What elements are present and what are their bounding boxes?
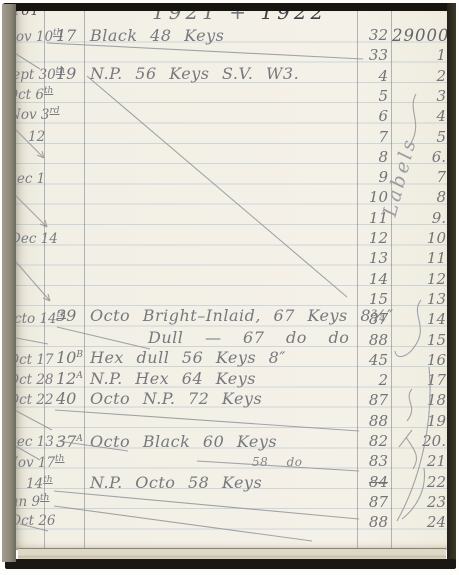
column-number: 9 [358, 168, 388, 186]
date-text: Oct 26 [10, 513, 56, 529]
column-number: 11 [392, 249, 446, 267]
column-number: 13 [392, 290, 446, 308]
date-ordinal: rd [49, 106, 59, 116]
entry-description: N.P. 56 Keys S.V. W3. [90, 64, 299, 83]
column-number: 24 [392, 513, 446, 531]
quantity-suffix: A [76, 434, 83, 444]
date-text: 14 [26, 476, 43, 492]
entry-description: Octo Bright–Inlaid, 67 Keys 8¾″ [90, 306, 393, 325]
column-number: 21 [392, 452, 446, 470]
date-ordinal: th [40, 493, 49, 503]
ledger-date: 14th [26, 475, 53, 492]
quantity-suffix: B [76, 350, 83, 360]
column-number: 88 [358, 331, 388, 349]
column-number: 33 [358, 46, 388, 64]
date-ordinal: th [55, 454, 64, 464]
column-number: 88 [358, 412, 388, 430]
column-number: 15 [358, 290, 388, 308]
column-number: 15 [392, 331, 446, 349]
column-number: 45 [358, 351, 388, 369]
column-number: 87 [358, 391, 388, 409]
column-number: 4 [358, 67, 388, 85]
photo-frame-bottom [5, 559, 456, 569]
column-number: 87 [358, 493, 388, 511]
quantity-suffix: A [76, 371, 83, 381]
photo-frame-right [447, 3, 456, 568]
entry-description: Octo Black 60 Keys [90, 432, 277, 451]
column-number: 16 [392, 351, 446, 369]
entry-quantity: 40 [56, 389, 76, 408]
ledger-date: 12 [28, 128, 45, 145]
column-number: 88 [358, 513, 388, 531]
column-number: 17 [392, 371, 446, 389]
column-number: 10 [392, 229, 446, 247]
date-text: Dec 14 [10, 231, 58, 247]
ledger-date: Oct 26 [10, 512, 56, 529]
column-number: 19 [392, 412, 446, 430]
column-number: 7 [358, 128, 388, 146]
entry-description: Dull — 67 do do [148, 328, 349, 347]
photo-frame-top [3, 3, 456, 11]
entry-description: N.P. Octo 58 Keys [90, 473, 262, 492]
entry-quantity: 19 [56, 64, 76, 83]
column-number: 14 [392, 310, 446, 328]
date-ordinal: th [43, 475, 52, 485]
column-number: 82 [358, 432, 388, 450]
entry-description: N.P. Hex 64 Keys [90, 369, 256, 388]
column-number: 84 [358, 473, 388, 491]
entry-quantity: 10B [56, 348, 83, 367]
column-number: 22 [392, 473, 446, 491]
entry-quantity: 17 [56, 26, 76, 45]
column-number: 23 [392, 493, 446, 511]
ledger-photo: 161 1921 + 1922 Nov 10thSept 30thOct 6th… [0, 0, 459, 575]
date-text: 12 [28, 129, 45, 145]
column-number: 87 [358, 310, 388, 328]
ledger-date: Dec 14 [10, 230, 58, 247]
entry-quantity: 12A [56, 369, 83, 388]
column-number: 14 [358, 270, 388, 288]
column-number: 1 [392, 46, 446, 64]
entry-description: 58 do [252, 455, 303, 469]
column-number: 29000 [392, 26, 446, 45]
entry-description: Hex dull 56 Keys 8″ [90, 348, 286, 367]
book-spine-edge [2, 4, 16, 562]
date-ordinal: th [44, 86, 53, 96]
column-number: 2 [358, 371, 388, 389]
column-number: 83 [358, 452, 388, 470]
column-number: 8 [358, 148, 388, 166]
entry-quantity: 39 [56, 306, 76, 325]
column-rule-qty [84, 8, 85, 548]
column-number: 20. [392, 432, 446, 450]
entry-description: Black 48 Keys [90, 26, 224, 45]
entry-quantity: 37A [56, 432, 83, 451]
column-number: 6 [358, 107, 388, 125]
column-number: 12 [392, 270, 446, 288]
column-number: 32 [358, 26, 388, 44]
column-number: 2 [392, 67, 446, 85]
entry-description: Octo N.P. 72 Keys [90, 389, 262, 408]
ledger-date: Nov 3rd [9, 106, 60, 123]
column-number: 18 [392, 391, 446, 409]
column-number: 5 [358, 87, 388, 105]
